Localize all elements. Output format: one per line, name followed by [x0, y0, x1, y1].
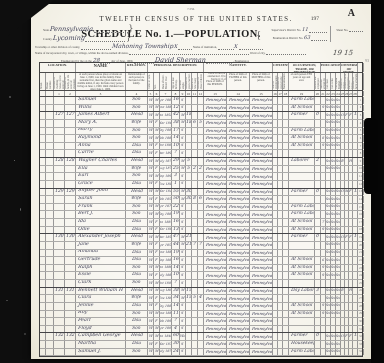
group-label: NATIVITY.	[204, 63, 272, 68]
cell-b: Nov 1865	[160, 295, 172, 302]
cell-p2: Pennsylvania	[227, 234, 250, 241]
cell-hn	[46, 326, 54, 333]
cell-hn	[46, 112, 54, 119]
cell-a: 14	[172, 303, 180, 310]
cell-occ	[289, 280, 315, 287]
cell-rel: Son	[126, 97, 148, 104]
cell-f	[65, 105, 76, 112]
district-brace: {	[256, 30, 261, 41]
cell-name: Campbell George	[76, 333, 126, 340]
cell-b: Jan 1858	[160, 112, 172, 119]
cell-rn: 33	[358, 341, 364, 348]
cell-b: Feb 1850	[160, 196, 172, 203]
table-row: WillisSonWMJune 188712SPennsylvaniaPenns…	[40, 105, 362, 113]
cell-rn: 1	[358, 97, 364, 104]
group-header-nativity: NATIVITY.	[204, 63, 273, 72]
cell-name: Clark	[76, 280, 126, 287]
table-row: GraceDauWFNov 18981SPennsylvaniaPennsylv…	[40, 181, 362, 189]
state-value: Pennsylvania	[49, 25, 93, 33]
cell-hn	[46, 158, 54, 165]
table-row: MarthaDauWFMar 187030SPennsylvaniaPennsy…	[40, 341, 362, 349]
cell-p3: Pennsylvania	[250, 143, 273, 150]
cell-b: Sep 1883	[160, 257, 172, 264]
cell-rel: Wife	[126, 242, 148, 249]
cell-d	[54, 196, 65, 203]
cell-a: 50	[172, 196, 180, 203]
cell-b: July 1875	[160, 349, 172, 356]
cell-d	[54, 349, 65, 356]
cell-f: 128	[65, 158, 76, 165]
cell-b: Oct 1892	[160, 280, 172, 287]
cell-a: 38	[172, 120, 180, 127]
cell-b: Jan 1884	[160, 219, 172, 226]
cell-d	[54, 211, 65, 218]
cell-d	[54, 173, 65, 180]
group-header-personal-description: PERSONAL DESCRIPTION.	[148, 63, 204, 72]
cell-rel: Dau	[126, 303, 148, 310]
cell-a: 1	[172, 181, 180, 188]
cell-p3: Pennsylvania	[250, 211, 273, 218]
col-number-3: 3	[76, 91, 126, 96]
cell-p2: Pennsylvania	[227, 105, 250, 112]
county-label: County	[43, 37, 52, 41]
cell-d	[54, 120, 65, 127]
cell-p2: Pennsylvania	[227, 135, 250, 142]
cell-p2: Pennsylvania	[227, 128, 250, 135]
cell-p2: Pennsylvania	[227, 166, 250, 173]
cell-rel: Dau	[126, 227, 148, 234]
cell-occ: At School	[289, 265, 315, 272]
cell-f	[65, 265, 76, 272]
cell-occ	[289, 295, 315, 302]
cell-a: 14	[172, 265, 180, 272]
enumeration-value: 63	[304, 35, 311, 41]
cell-rel: Son	[126, 311, 148, 318]
cell-d	[54, 227, 65, 234]
cell-p2: Pennsylvania	[227, 150, 250, 157]
cell-p2: Pennsylvania	[227, 242, 250, 249]
col-subheader-p1: Place of birth of each person and parent…	[204, 73, 227, 90]
cell-d	[54, 135, 65, 142]
cell-p3: Pennsylvania	[250, 166, 273, 173]
cell-name: Bennett William H	[76, 288, 126, 295]
group-header-relation: RELATION.	[126, 63, 148, 72]
cell-d: 128	[54, 158, 65, 165]
cell-p2: Pennsylvania	[227, 265, 250, 272]
cell-f	[65, 173, 76, 180]
col-subtext-vertical: Number of dwelling house, in the order o…	[54, 73, 65, 90]
cell-p2: Pennsylvania	[227, 326, 250, 333]
cell-rn: 2	[358, 105, 364, 112]
cell-b: Apr 1884	[160, 97, 172, 104]
ward-label: Ward of city,	[250, 51, 265, 55]
cell-a: 60	[172, 333, 180, 340]
cell-rn: 14	[358, 196, 364, 203]
cell-p2: Pennsylvania	[227, 120, 250, 127]
cell-p3: Pennsylvania	[250, 181, 273, 188]
cell-a: 30	[172, 341, 180, 348]
cell-f	[65, 295, 76, 302]
group-label: NAME	[76, 63, 125, 69]
cell-f	[65, 166, 76, 173]
cell-p3: Pennsylvania	[250, 272, 273, 279]
group-header-education: EDUCATION.	[321, 63, 341, 72]
cell-p1: Pennsylvania	[204, 204, 227, 211]
cell-rel: Son	[126, 211, 148, 218]
cell-occ: Laborer	[289, 158, 315, 165]
cell-a: 19	[172, 250, 180, 257]
cell-p1: Pennsylvania	[204, 318, 227, 325]
cell-occ: Housekeeper	[289, 341, 315, 348]
cell-occ	[289, 120, 315, 127]
cell-b: June 1887	[160, 105, 172, 112]
col-subtext: Place of birth of MOTHER of this person.	[250, 73, 272, 83]
cell-f	[65, 128, 76, 135]
cell-a: 42	[172, 112, 180, 119]
cell-rn: 28	[358, 303, 364, 310]
cell-hn	[46, 97, 54, 104]
cell-hn	[46, 128, 54, 135]
col-number-13: 13	[204, 91, 227, 96]
cell-b: Aug 1861	[160, 288, 172, 295]
cell-p1: Pennsylvania	[204, 333, 227, 340]
cell-p2: Pennsylvania	[227, 181, 250, 188]
occupation-subtext: of each person TEN years of age and over…	[289, 73, 314, 83]
cell-name: Pearl	[76, 318, 126, 325]
cell-occ: Farm Laborer	[289, 97, 315, 104]
cell-name: Ida	[76, 219, 126, 226]
cell-p3: Pennsylvania	[250, 150, 273, 157]
cell-p3: Pennsylvania	[250, 227, 273, 234]
cell-hn	[46, 135, 54, 142]
cell-p1: Pennsylvania	[204, 288, 227, 295]
cell-p1: Pennsylvania	[204, 303, 227, 310]
col-number-1: 1	[54, 91, 65, 96]
group-label: EDUCATION.	[321, 63, 340, 68]
cell-d: 131	[54, 288, 65, 295]
cell-b: May 1886	[160, 303, 172, 310]
cell-d	[54, 326, 65, 333]
cell-b: Mar 1862	[160, 120, 172, 127]
nativity-note: Place of birth of each person and parent…	[204, 73, 227, 82]
group-label: OCCUPATION, TRADE, OR PROFESSION	[289, 63, 320, 72]
cell-rel: Son	[126, 105, 148, 112]
col-subtext: Place of birth of FATHER of this person.	[227, 73, 249, 83]
cell-rel: Wife	[126, 196, 148, 203]
group-header-rownum	[358, 63, 364, 72]
cell-p3: Pennsylvania	[250, 311, 273, 318]
cell-a: 38	[172, 288, 180, 295]
cell-d	[54, 204, 65, 211]
cell-p2: Pennsylvania	[227, 196, 250, 203]
cell-name: Jennie	[76, 303, 126, 310]
stamp-number: 197	[311, 16, 319, 22]
group-header-citizenship: CITIZENSHIP.	[273, 63, 289, 72]
table-row: GertrudeDauWFSep 188316SPennsylvaniaPenn…	[40, 257, 362, 265]
cell-d	[54, 280, 65, 287]
cell-b: Sep 1896	[160, 173, 172, 180]
cell-p1: Pennsylvania	[204, 112, 227, 119]
cell-p3: Pennsylvania	[250, 189, 273, 196]
cell-a: 7	[172, 150, 180, 157]
cell-p3: Pennsylvania	[250, 158, 273, 165]
cell-hn	[46, 196, 54, 203]
group-label: CITIZENSHIP.	[273, 63, 288, 68]
cell-a: 16	[172, 219, 180, 226]
cell-b: May 1883	[160, 128, 172, 135]
cell-b: Oct 1889	[160, 143, 172, 150]
cell-f	[65, 181, 76, 188]
cell-d	[54, 128, 65, 135]
cell-name: Raymond	[76, 135, 126, 142]
cell-d	[54, 105, 65, 112]
cell-hn	[46, 333, 54, 340]
table-group-row: LOCATION.NAMERELATION.PERSONAL DESCRIPTI…	[40, 63, 362, 73]
cell-occ	[289, 242, 315, 249]
cell-p2: Pennsylvania	[227, 97, 250, 104]
table-row: Samuel J.SonWMJuly 187524SPennsylvaniaPe…	[40, 349, 362, 357]
cell-d	[54, 311, 65, 318]
county-value: Lycoming	[52, 34, 85, 42]
table-row: SamuelSonWMApr 188416SPennsylvaniaPennsy…	[40, 97, 362, 105]
cell-p3: Pennsylvania	[250, 128, 273, 135]
cell-p2: Pennsylvania	[227, 112, 250, 119]
cell-a: 25	[172, 166, 180, 173]
cell-b: Aug 1874	[160, 166, 172, 173]
cell-a: 3	[172, 173, 180, 180]
cell-f	[65, 227, 76, 234]
col-subheader-p2: Place of birth of FATHER of this person.	[227, 73, 250, 90]
cell-p3: Pennsylvania	[250, 333, 273, 340]
cell-hn	[46, 211, 54, 218]
cell-occ: Farm Laborer	[289, 204, 315, 211]
census-scan-page: 7-556. TWELFTH CENSUS OF THE UNITED STAT…	[0, 0, 384, 363]
cell-hn	[46, 311, 54, 318]
col-subtext-vertical: Color or race.	[149, 73, 152, 90]
cell-hn	[46, 150, 54, 157]
cell-b: Nov 1898	[160, 181, 172, 188]
cell-d: 127	[54, 112, 65, 119]
cell-rn: 20	[358, 242, 364, 249]
cell-p1: Pennsylvania	[204, 105, 227, 112]
cell-f	[65, 196, 76, 203]
cell-p1: Pennsylvania	[204, 250, 227, 257]
cell-p1: Pennsylvania	[204, 143, 227, 150]
cell-rn: 26	[358, 288, 364, 295]
cell-p3: Pennsylvania	[250, 349, 273, 356]
scan-speck	[20, 208, 21, 211]
cell-hn	[46, 250, 54, 257]
cell-p2: Pennsylvania	[227, 295, 250, 302]
cell-occ: Farmer	[289, 234, 315, 241]
cell-hn	[46, 303, 54, 310]
cell-hn	[46, 173, 54, 180]
cell-a: 29	[172, 158, 180, 165]
cell-p2: Pennsylvania	[227, 318, 250, 325]
cell-p1: Pennsylvania	[204, 257, 227, 264]
cell-hn	[46, 295, 54, 302]
table-row: AnnaDauWFOct 188910SPennsylvaniaPennsylv…	[40, 143, 362, 151]
cell-rn: 21	[358, 250, 364, 257]
cell-occ	[289, 150, 315, 157]
cell-rn: 18	[358, 227, 364, 234]
group-label: LOCATION.	[40, 63, 75, 68]
col-number-8: 8	[172, 91, 180, 96]
cell-p1: Pennsylvania	[204, 219, 227, 226]
col-number-19: 19	[289, 91, 315, 96]
cell-rel: Son	[126, 265, 148, 272]
cell-d: 132	[54, 333, 65, 340]
cell-name: Willis	[76, 105, 126, 112]
cell-d	[54, 97, 65, 104]
col-subheader-f: Number of family, in the order of visita…	[65, 73, 76, 90]
cell-b: July 1870	[160, 158, 172, 165]
cell-p1: Pennsylvania	[204, 272, 227, 279]
cell-p1: Pennsylvania	[204, 211, 227, 218]
cell-p3: Pennsylvania	[250, 120, 273, 127]
cell-name: Amanda	[76, 250, 126, 257]
cell-p1: Pennsylvania	[204, 158, 227, 165]
cell-rn: 3	[358, 112, 364, 119]
cell-a: 24	[172, 349, 180, 356]
cell-p1: Pennsylvania	[204, 97, 227, 104]
state-line: State Pennsylvania }	[43, 24, 133, 33]
col-subtext-vertical: Date of birth. Month Year	[163, 73, 169, 90]
table-row: FrankSonWMApr 187822SPennsylvaniaPennsyl…	[40, 204, 362, 212]
cell-name: Alexander Joseph	[76, 234, 126, 241]
cell-p1: Pennsylvania	[204, 189, 227, 196]
cell-p3: Pennsylvania	[250, 173, 273, 180]
cell-p3: Pennsylvania	[250, 97, 273, 104]
cell-name: Clara	[76, 295, 126, 302]
col-number-4: 4	[126, 91, 148, 96]
cell-occ	[289, 250, 315, 257]
cell-b: Dec 1892	[160, 150, 172, 157]
cell-p3: Pennsylvania	[250, 318, 273, 325]
sheet-label: Sheet No.	[336, 28, 348, 32]
cell-occ	[289, 318, 315, 325]
cell-f	[65, 97, 76, 104]
table-row: EarlSonWMSep 18963SPennsylvaniaPennsylva…	[40, 173, 362, 181]
cell-name: Bert J.	[76, 211, 126, 218]
table-row: 127127James AlbertHeadWMJan 185842M18Pen…	[40, 112, 362, 120]
cell-p1: Pennsylvania	[204, 120, 227, 127]
incorporated-line: Name of incorporated city, town, or vill…	[35, 50, 306, 55]
table-row: RoySonWMJune 188911SPennsylvaniaPennsylv…	[40, 311, 362, 319]
cell-rel: Head	[126, 288, 148, 295]
cell-p1: Pennsylvania	[204, 166, 227, 173]
cell-b: Apr 1896	[160, 326, 172, 333]
cell-rel: Dau	[126, 272, 148, 279]
col-subtext-vertical: Sex.	[155, 73, 158, 90]
cell-rn: 27	[358, 295, 364, 302]
cell-hn	[46, 105, 54, 112]
cell-hn	[46, 234, 54, 241]
cell-p1: Pennsylvania	[204, 326, 227, 333]
col-number-15: 15	[250, 91, 273, 96]
cell-d	[54, 341, 65, 348]
cell-rn: 19	[358, 234, 364, 241]
cell-p3: Pennsylvania	[250, 112, 273, 119]
cell-hn	[46, 280, 54, 287]
cell-hn	[46, 120, 54, 127]
table-subheader-row: Street.House number.Number of dwelling h…	[40, 73, 362, 91]
cell-hn	[46, 166, 54, 173]
cell-d	[54, 166, 65, 173]
cell-hn	[46, 143, 54, 150]
cell-name: Martha	[76, 341, 126, 348]
cell-b: May 1881	[160, 211, 172, 218]
col-subtext-vertical: Street.	[41, 73, 44, 90]
scan-speck	[6, 300, 8, 301]
table-row: 130130Alexander JosephHeadWMDec 185247M2…	[40, 234, 362, 242]
cell-f: 129	[65, 189, 76, 196]
cell-p1: Pennsylvania	[204, 295, 227, 302]
scan-edge-band	[371, 0, 384, 363]
scan-speck	[14, 160, 15, 161]
cell-f: 127	[65, 112, 76, 119]
cell-p2: Pennsylvania	[227, 280, 250, 287]
cell-p1: Pennsylvania	[204, 311, 227, 318]
group-label: RELATION.	[126, 63, 147, 68]
col-number-rn	[358, 91, 364, 96]
cell-a: 19	[172, 211, 180, 218]
cell-hn	[46, 272, 54, 279]
cell-p3: Pennsylvania	[250, 250, 273, 257]
table-row: 129129Snyder JohnHeadWMMar 184555M30Penn…	[40, 189, 362, 197]
cell-hn	[46, 189, 54, 196]
table-row: PearlDauWFFeb 18937SPennsylvaniaPennsylv…	[40, 318, 362, 326]
cell-occ	[289, 196, 315, 203]
table-row: Bert J.SonWMMay 188119SPennsylvaniaPenns…	[40, 211, 362, 219]
cell-b: Dec 1852	[160, 234, 172, 241]
cell-hn	[46, 219, 54, 226]
cell-b: Jan 1886	[160, 265, 172, 272]
supervisor-value: 11	[302, 27, 309, 33]
scan-speck	[9, 96, 11, 98]
cell-a: 14	[172, 135, 180, 142]
cell-p2: Pennsylvania	[227, 250, 250, 257]
cell-a: 16	[172, 257, 180, 264]
cell-hn	[46, 265, 54, 272]
cell-occ: At School	[289, 303, 315, 310]
cell-p1: Pennsylvania	[204, 242, 227, 249]
cell-rel: Dau	[126, 250, 148, 257]
cell-d	[54, 318, 65, 325]
enumeration-label: Enumeration District No.	[273, 36, 303, 40]
cell-p3: Pennsylvania	[250, 288, 273, 295]
cell-d	[54, 219, 65, 226]
col-subtext-vertical: Number of family, in the order of visita…	[65, 73, 76, 90]
table-row: RalphSonWMJan 188614SPennsylvaniaPennsyl…	[40, 265, 362, 273]
cell-occ	[289, 181, 315, 188]
cell-p3: Pennsylvania	[250, 196, 273, 203]
cell-f	[65, 211, 76, 218]
col-subheader-rn	[358, 73, 364, 90]
state-label: State	[43, 28, 49, 32]
cell-name: Grace	[76, 181, 126, 188]
cell-name: Samuel J.	[76, 349, 126, 356]
cell-a: 10	[172, 272, 180, 279]
cell-name: Sarah	[76, 196, 126, 203]
cell-f: 130	[65, 234, 76, 241]
cell-p3: Pennsylvania	[250, 257, 273, 264]
group-header-occupation-trade-or-profession: OCCUPATION, TRADE, OR PROFESSION	[289, 63, 321, 72]
cell-f	[65, 311, 76, 318]
supervisor-line: Supervisor's District No. 11	[272, 27, 328, 33]
cell-p3: Pennsylvania	[250, 135, 273, 142]
cell-p1: Pennsylvania	[204, 196, 227, 203]
